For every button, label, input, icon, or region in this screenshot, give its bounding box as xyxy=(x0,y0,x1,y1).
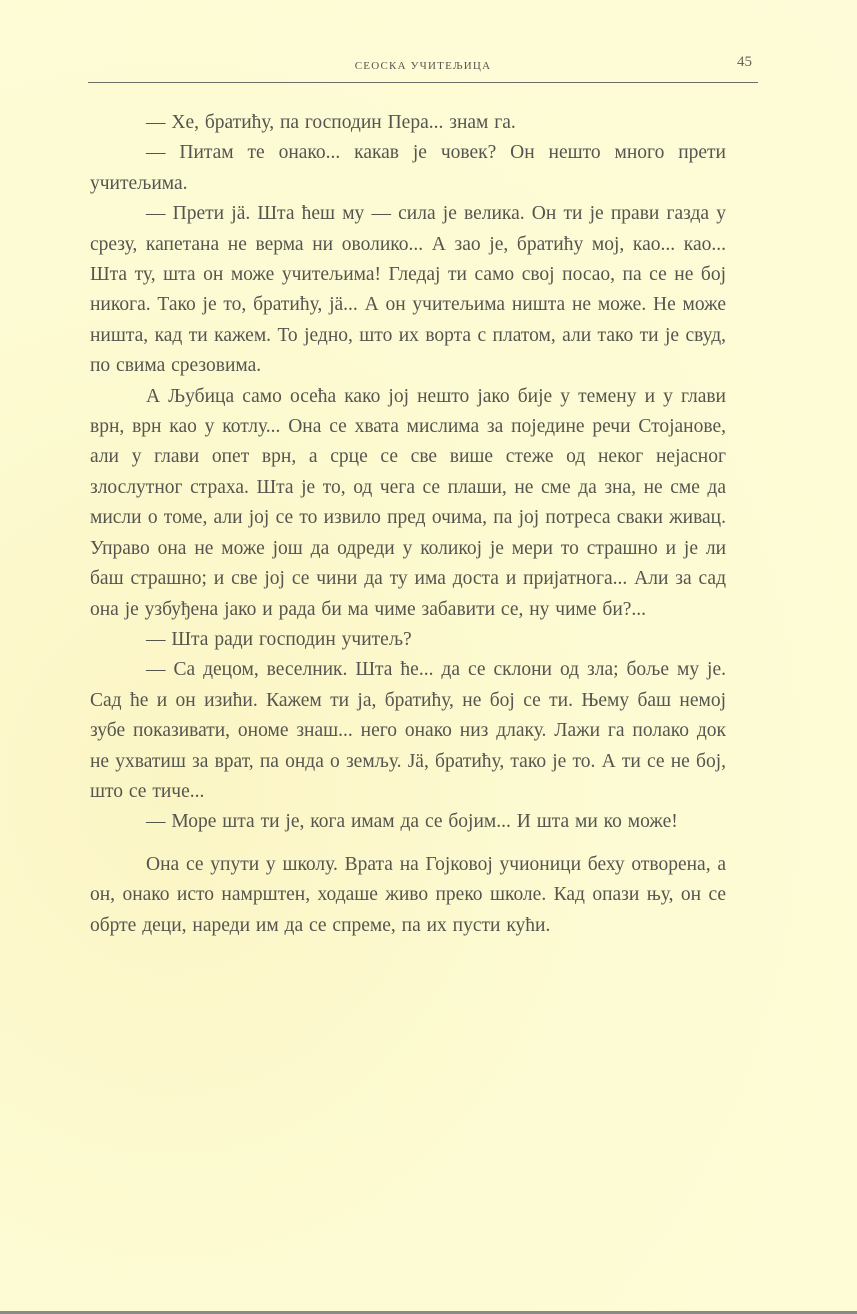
paragraph: — Прети jä. Шта ћеш му — сила је велика.… xyxy=(90,199,726,381)
running-title: СЕОСКА УЧИТЕЉИЦА xyxy=(88,60,758,72)
paragraph: — Са децом, веселник. Шта ће... да се ск… xyxy=(90,655,726,807)
running-head: СЕОСКА УЧИТЕЉИЦА 45 xyxy=(88,50,758,83)
body-text: — Хе, братићу, па господин Пера... знам … xyxy=(90,108,726,941)
paragraph: — Море шта ти је, кога имам да се бојим.… xyxy=(90,807,726,837)
paragraph: — Хе, братићу, па господин Пера... знам … xyxy=(90,108,726,138)
paragraph: Она се упути у школу. Врата на Гојковој … xyxy=(90,850,726,941)
book-page: СЕОСКА УЧИТЕЉИЦА 45 — Хе, братићу, па го… xyxy=(0,0,857,1310)
paragraph: — Шта ради господин учитељ? xyxy=(90,625,726,655)
paragraph: — Питам те онако... какав је човек? Он н… xyxy=(90,138,726,199)
paragraph: А Љубица само осећа како јој нешто јако … xyxy=(90,382,726,625)
page-number: 45 xyxy=(737,54,752,71)
